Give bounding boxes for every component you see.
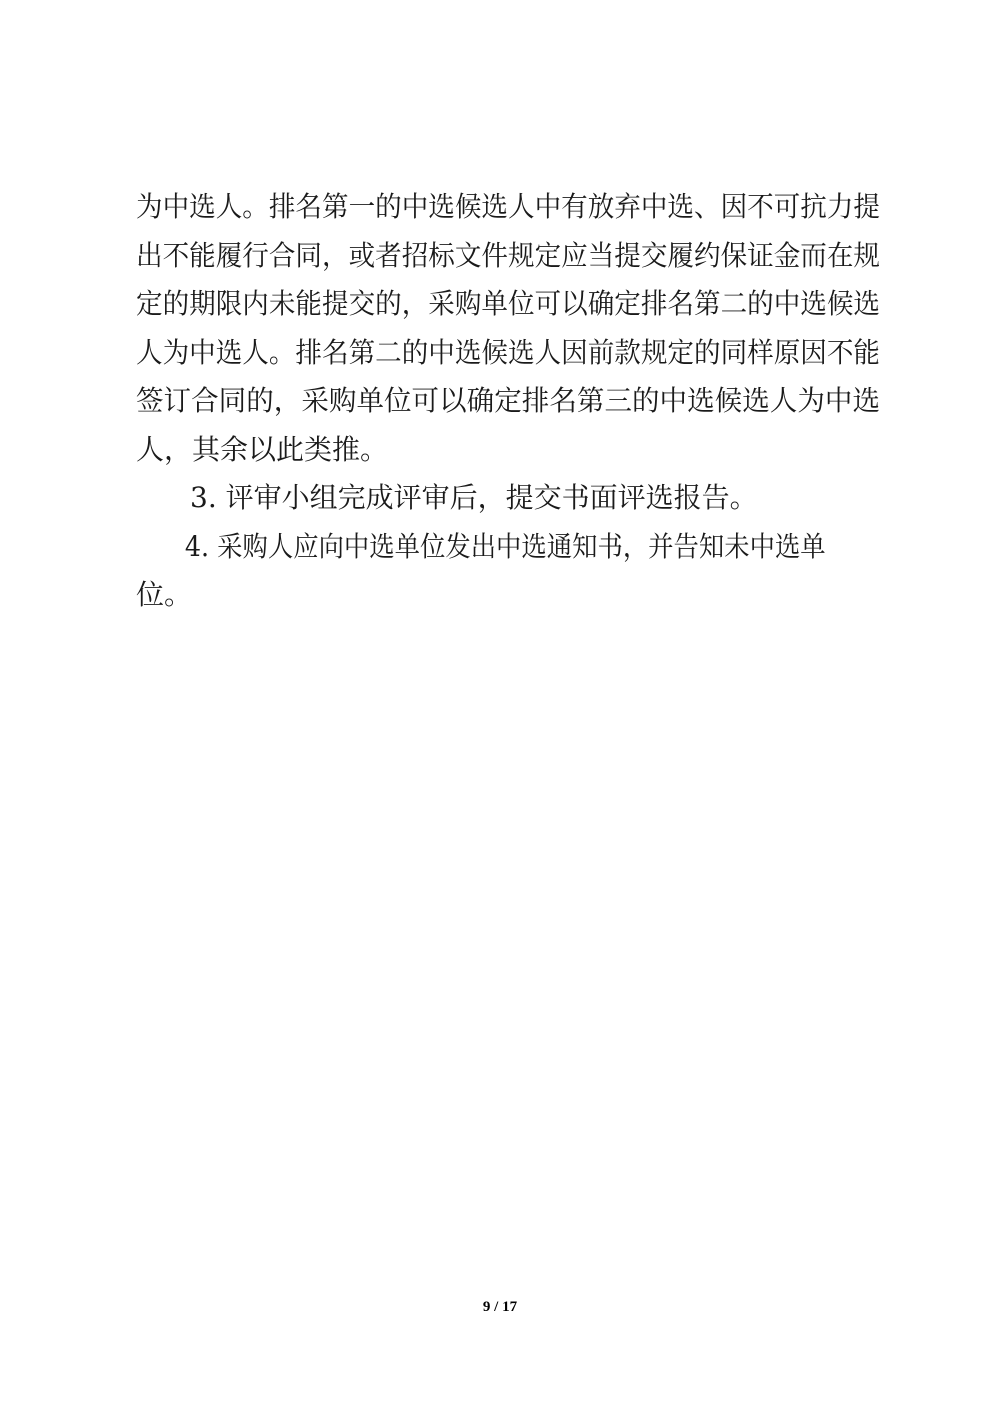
text-line: 人为中选人。排名第二的中选候选人因前款规定的同样原因不能 [136, 329, 842, 378]
paragraph-item-3: 3. 评审小组完成评审后，提交书面评选报告。 [136, 474, 880, 523]
text-line: 为中选人。排名第一的中选候选人中有放弃中选、因不可抗力提 [136, 183, 842, 232]
document-page: 为中选人。排名第一的中选候选人中有放弃中选、因不可抗力提 出不能履行合同，或者招… [0, 0, 1000, 1414]
text-line: 定的期限内未能提交的，采购单位可以确定排名第二的中选候选 [136, 280, 842, 329]
text-line: 人，其余以此类推。 [136, 426, 880, 475]
paragraph-item-4: 4. 采购人应向中选单位发出中选通知书，并告知未中选单 位。 [136, 523, 880, 620]
text-line: 4. 采购人应向中选单位发出中选通知书，并告知未中选单 [136, 523, 810, 572]
text-line: 签订合同的，采购单位可以确定排名第三的中选候选人为中选 [136, 377, 868, 426]
document-body: 为中选人。排名第一的中选候选人中有放弃中选、因不可抗力提 出不能履行合同，或者招… [136, 183, 880, 620]
text-line: 出不能履行合同，或者招标文件规定应当提交履约保证金而在规 [136, 232, 842, 281]
text-line: 位。 [136, 571, 880, 620]
text-line: 3. 评审小组完成评审后，提交书面评选报告。 [136, 474, 880, 523]
paragraph-continuation: 为中选人。排名第一的中选候选人中有放弃中选、因不可抗力提 出不能履行合同，或者招… [136, 183, 880, 474]
page-number: 9 / 17 [0, 1299, 1000, 1316]
